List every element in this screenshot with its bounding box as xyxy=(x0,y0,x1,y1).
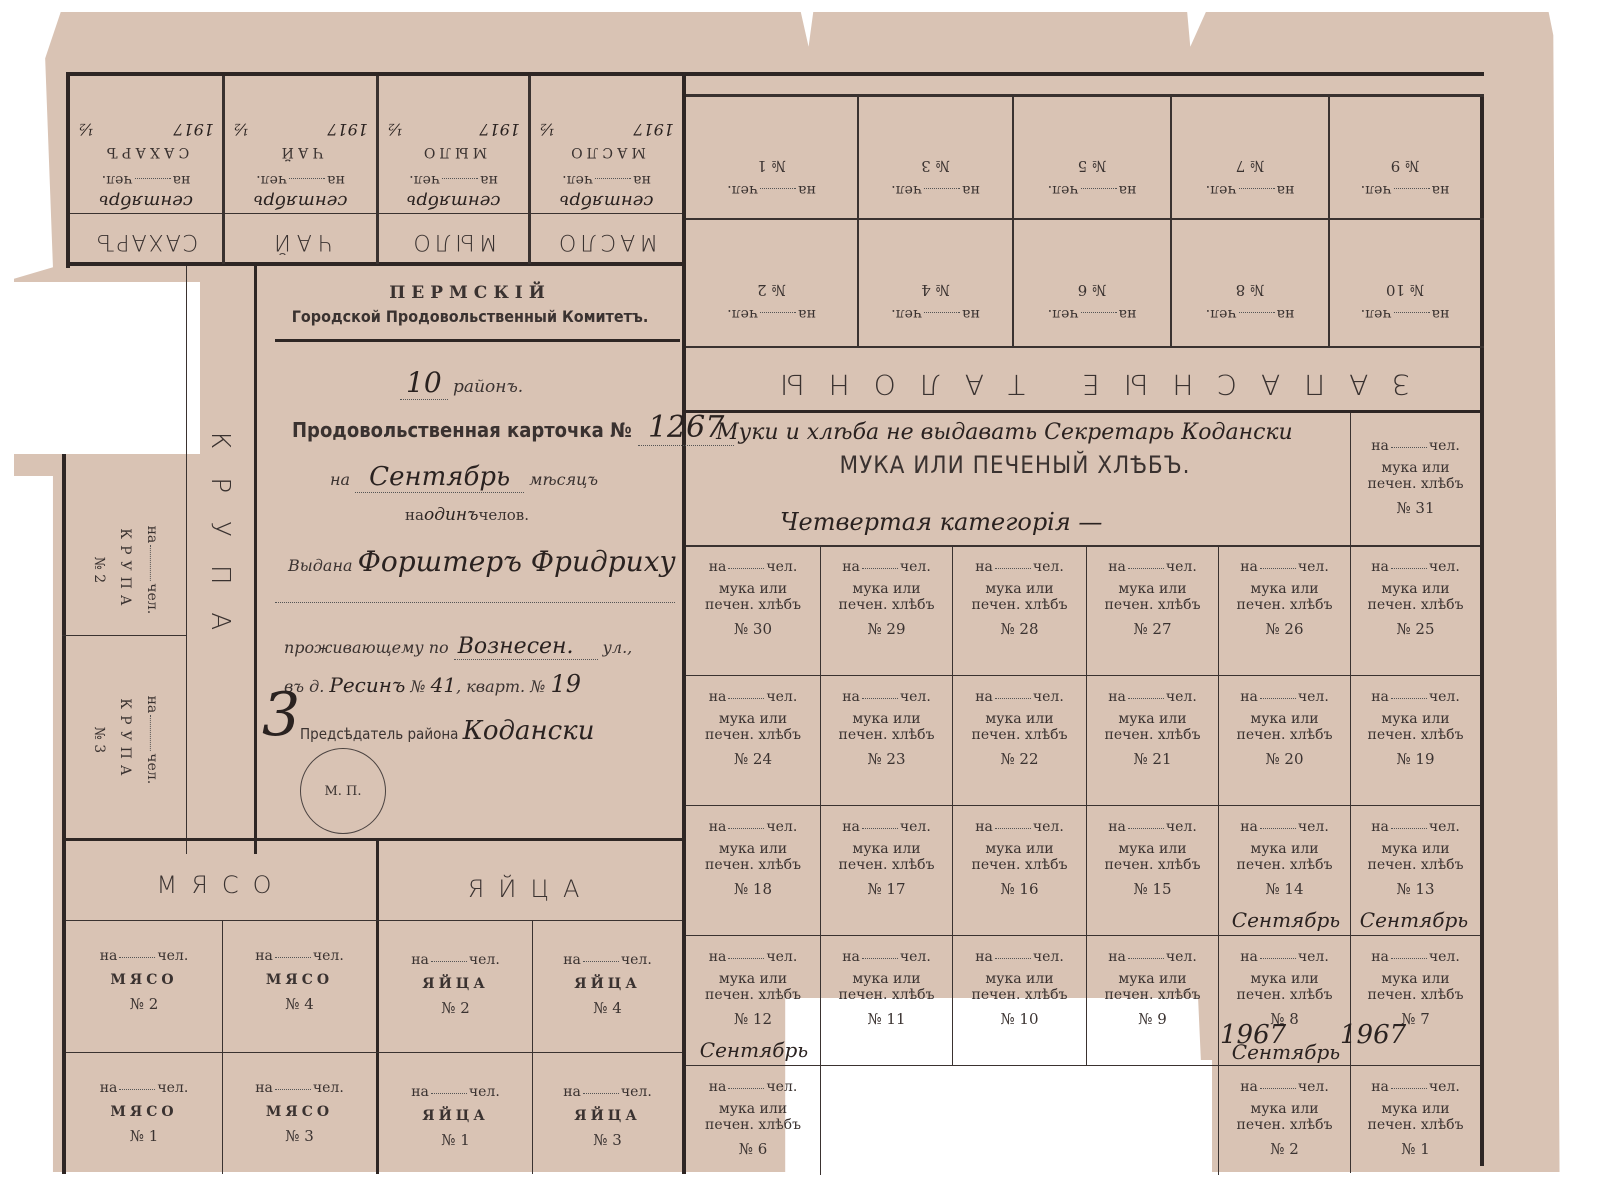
coupon-number: № 17 xyxy=(821,881,952,898)
coupon-number: № 3 xyxy=(223,1128,376,1145)
issued-to-line: Выдана Форштеръ Фридриху xyxy=(288,545,676,578)
chairman-label: Предсѣдатель района xyxy=(300,725,458,743)
chel-label: чел. xyxy=(469,1084,500,1100)
divider xyxy=(66,1052,682,1053)
frame-right-line xyxy=(1480,96,1484,1166)
handwritten-month: сентябрь xyxy=(531,190,682,211)
card-number-label: Продовольственная карточка № xyxy=(292,418,632,442)
na-label: на xyxy=(842,819,860,835)
reserve-coupon: начел.№ 7 xyxy=(1172,97,1328,218)
coupon-label: печен. хлѣбъ xyxy=(953,727,1086,743)
bread-coupon: начел.мука илипечен. хлѣбъ№ 10 xyxy=(953,949,1086,1029)
coupon-label: мука или xyxy=(686,581,820,597)
bread-coupon: начел.мука илипечен. хлѣбъ№ 22 xyxy=(953,689,1086,769)
divider xyxy=(62,838,686,841)
coupon-number: № 2 xyxy=(1219,1141,1350,1158)
coupon-label: печен. хлѣбъ xyxy=(686,597,820,613)
chel-label: чел. xyxy=(1033,819,1064,835)
coupon-subtitle: МЫЛО xyxy=(379,144,528,160)
na-label: на xyxy=(1371,559,1389,575)
bread-coupon: начел.мука илипечен. хлѣбъ№ 19 xyxy=(1351,689,1480,769)
frame-left-line xyxy=(62,454,66,1174)
coupon-number: № 21 xyxy=(1087,751,1218,768)
persons-value: одинъ xyxy=(424,505,479,525)
bread-coupon: начел.мука илипечен. хлѣбъ№ 29 xyxy=(821,559,952,639)
meat-title: МЯСО xyxy=(66,872,376,900)
coupon-label: печен. хлѣбъ xyxy=(1351,857,1480,873)
coupon-number: № 9 xyxy=(1087,1011,1218,1028)
chel-label: чел. xyxy=(1298,819,1329,835)
bread-coupon: начел.мука илипечен. хлѣбъ№ 2 xyxy=(1219,1079,1350,1159)
na-label: на xyxy=(842,949,860,965)
month-suffix: мѣсяцъ xyxy=(529,470,598,489)
coupon-subtitle: САХАРЪ xyxy=(70,144,222,160)
na-label: на xyxy=(1432,182,1450,198)
coupon-number: № 3 xyxy=(85,660,112,820)
coupon-label: мука или xyxy=(1351,841,1480,857)
mark: ½ xyxy=(233,119,249,137)
coupon-number: № 1 xyxy=(1351,1141,1480,1158)
chel-label: чел. xyxy=(256,172,287,188)
na-label: на xyxy=(633,172,651,188)
chel-label: чел. xyxy=(1429,949,1460,965)
coupon-subtitle: МАСЛО xyxy=(531,144,682,160)
chel-label: чел. xyxy=(313,1080,344,1096)
coupon-title: МЫЛО xyxy=(379,229,528,254)
coupon-number: № 18 xyxy=(686,881,820,898)
chel-label: чел. xyxy=(900,689,931,705)
chel-label: чел. xyxy=(1033,949,1064,965)
reserve-coupon: начел.№ 6 xyxy=(1014,220,1170,346)
apartment-number: 19 xyxy=(550,670,581,698)
chel-label: чел. xyxy=(1166,689,1197,705)
coupon-label: печен. хлѣбъ xyxy=(686,727,820,743)
handwritten-month: Сентябрь xyxy=(1222,908,1350,932)
handwritten-month: сентябрь xyxy=(379,190,528,211)
handwritten-month: сентябрь xyxy=(70,190,222,211)
coupon-label: ЯЙЦА xyxy=(379,976,532,992)
coupon-soap: МЫЛО сентябрь начел. МЫЛО 1917½ xyxy=(379,78,528,262)
na-label: на xyxy=(100,948,118,964)
handwritten-annotation: Сентябрь xyxy=(690,1038,818,1062)
handwritten-annotation: Сентябрь xyxy=(1350,908,1478,932)
coupon-label: мука или xyxy=(953,581,1086,597)
na-label: на xyxy=(1371,1079,1389,1095)
coupon-label: печен. хлѣбъ xyxy=(686,987,820,1003)
bread-coupon: начел.мука илипечен. хлѣбъ№ 1 xyxy=(1351,1079,1480,1159)
bread-coupon: начел.мука илипечен. хлѣбъ№ 20 xyxy=(1219,689,1350,769)
chel-label: чел. xyxy=(766,689,797,705)
na-label: на xyxy=(1108,689,1126,705)
eggs-coupon: начел.ЯЙЦА№ 4 xyxy=(533,952,682,1017)
coupon-label: мука или xyxy=(953,971,1086,987)
bread-handwritten-category: Четвертая категорія — xyxy=(780,508,1102,536)
chel-label: чел. xyxy=(900,559,931,575)
na-label: на xyxy=(411,1084,429,1100)
coupon-label: печен. хлѣбъ xyxy=(1087,597,1218,613)
chel-label: чел. xyxy=(1361,306,1392,322)
coupon-label: печен. хлѣбъ xyxy=(1219,727,1350,743)
card-number-line: Продовольственная карточка № 1267 xyxy=(292,410,734,445)
na-label: на xyxy=(1371,819,1389,835)
handwritten-month: Сентябрь xyxy=(690,1038,818,1062)
coupon-number: № 1 xyxy=(66,1128,222,1145)
na-label: на xyxy=(1277,306,1295,322)
reserve-coupon: начел.№ 1 xyxy=(686,97,857,218)
chel-label: чел. xyxy=(1429,819,1460,835)
bread-title: МУКА ИЛИ ПЕЧЕНЫЙ ХЛѢБЪ. xyxy=(690,452,1340,480)
divider xyxy=(686,935,1480,936)
chel-label: чел. xyxy=(1166,819,1197,835)
na-label: на xyxy=(1371,438,1389,454)
committee-city: ПЕРМСКІЙ xyxy=(258,284,682,304)
mark: ½ xyxy=(539,119,555,137)
coupon-number: № 14 xyxy=(1219,881,1350,898)
coupon-label: МЯСО xyxy=(223,1104,376,1120)
chel-label: чел. xyxy=(157,1080,188,1096)
divider xyxy=(686,1065,1480,1066)
handwritten-year: 1967 xyxy=(1220,1020,1286,1050)
residence-line: проживающему по Вознесен. ул., xyxy=(284,634,632,659)
bread-coupon: начел.мука илипечен. хлѣбъ№ 30 xyxy=(686,559,820,639)
krupa-title: КРУПА xyxy=(205,355,235,735)
bread-coupon: начел.мука илипечен. хлѣбъ№ 27 xyxy=(1087,559,1218,639)
apartment-label: кварт. № xyxy=(466,677,545,696)
coupon-number: № 2 xyxy=(85,490,112,650)
coupon-label: печен. хлѣбъ xyxy=(1351,1117,1480,1133)
coupon-label: печен. хлѣбъ xyxy=(1351,597,1480,613)
na-label: на xyxy=(975,949,993,965)
year: 1917 xyxy=(173,119,214,137)
coupon-label: печен. хлѣбъ xyxy=(821,987,952,1003)
coupon-number: № 10 xyxy=(953,1011,1086,1028)
reserve-coupon: начел.№ 8 xyxy=(1172,220,1328,346)
divider xyxy=(686,545,1480,547)
meat-coupon: начел.МЯСО№ 4 xyxy=(223,948,376,1013)
na-label: на xyxy=(798,182,816,198)
coupon-label: мука или xyxy=(686,711,820,727)
coupon-label: печен. хлѣбъ xyxy=(1087,987,1218,1003)
divider xyxy=(1350,413,1351,1173)
coupon-label: мука или xyxy=(1351,581,1480,597)
meat-coupon: начел.МЯСО№ 3 xyxy=(223,1080,376,1145)
coupon-sugar: САХАРЪ сентябрь начел. САХАРЪ 1917½ xyxy=(70,78,222,262)
na-label: на xyxy=(411,952,429,968)
na-label: на xyxy=(480,172,498,188)
meat-coupon: начел.МЯСО№ 1 xyxy=(66,1080,222,1145)
house-no-label: № xyxy=(410,677,425,696)
coupon-number: № 1 xyxy=(686,157,857,174)
coupon-number: № 2 xyxy=(379,1000,532,1017)
handwritten-mark: 3 xyxy=(262,680,300,750)
coupon-number: № 27 xyxy=(1087,621,1218,638)
na-label: на xyxy=(709,1079,727,1095)
chel-label: чел. xyxy=(1048,182,1079,198)
month-prefix: на xyxy=(330,470,350,489)
coupon-label: печен. хлѣбъ xyxy=(686,857,820,873)
chel-label: чел. xyxy=(900,819,931,835)
coupon-label: мука или xyxy=(953,711,1086,727)
na-label: на xyxy=(842,559,860,575)
bread-coupon: начел.мука илипечен. хлѣбъ№ 18 xyxy=(686,819,820,899)
persons-suffix: челов. xyxy=(478,506,529,524)
house-line: въ д. Ресинъ № 41, кварт. № 19 xyxy=(284,670,581,698)
coupon-label: печен. хлѣбъ xyxy=(1219,597,1350,613)
bread-coupon: начел.мука илипечен. хлѣбъ№ 6 xyxy=(686,1079,820,1159)
coupon-label: мука или xyxy=(1351,971,1480,987)
coupon-label: печен. хлѣбъ xyxy=(1351,476,1480,492)
eggs-coupon: начел.ЯЙЦА№ 1 xyxy=(379,1084,532,1149)
coupon-number: № 3 xyxy=(859,157,1012,174)
coupon-label: печен. хлѣбъ xyxy=(1219,857,1350,873)
coupon-label: печен. хлѣбъ xyxy=(821,857,952,873)
committee-name: ПЕРМСКІЙ Городской Продовольственный Ком… xyxy=(258,284,682,326)
coupon-number: № 16 xyxy=(953,881,1086,898)
coupon-label: печен. хлѣбъ xyxy=(1087,857,1218,873)
chel-label: чел. xyxy=(469,952,500,968)
coupon-number: № 6 xyxy=(1014,281,1170,298)
na-label: на xyxy=(709,559,727,575)
coupon-number: № 28 xyxy=(953,621,1086,638)
coupon-label: печен. хлѣбъ xyxy=(821,727,952,743)
chel-label: чел. xyxy=(562,172,593,188)
coupon-label: печен. хлѣбъ xyxy=(1219,987,1350,1003)
chel-label: чел. xyxy=(102,172,133,188)
na-label: на xyxy=(798,306,816,322)
coupon-tea: ЧАЙ сентябрь начел. ЧАЙ 1917½ xyxy=(225,78,376,262)
na-label: на xyxy=(842,689,860,705)
coupon-number: № 9 xyxy=(1330,157,1480,174)
coupon-number: № 5 xyxy=(1014,157,1170,174)
bread-handwritten-note: Муки и хлѣба не выдавать Секретарь Кодан… xyxy=(716,420,1346,445)
bread-coupon: начел.мука илипечен. хлѣбъ№ 14 xyxy=(1219,819,1350,899)
bread-coupon: начел.мука илипечен. хлѣбъ№ 11 xyxy=(821,949,952,1029)
divider xyxy=(686,805,1480,806)
reserve-bottom-line xyxy=(686,346,1484,348)
divider xyxy=(275,339,680,342)
coupon-label: МЯСО xyxy=(223,972,376,988)
na-label: на xyxy=(962,306,980,322)
coupon-label: печен. хлѣбъ xyxy=(953,857,1086,873)
district-label: районъ. xyxy=(453,377,523,397)
coupon-number: № 30 xyxy=(686,621,820,638)
eggs-coupon: начел.ЯЙЦА№ 3 xyxy=(533,1084,682,1149)
chel-label: чел. xyxy=(1298,559,1329,575)
na-label: на xyxy=(327,172,345,188)
coupon-number: № 6 xyxy=(686,1141,820,1158)
na-label: на xyxy=(1108,819,1126,835)
bread-coupon: начел.мука илипечен. хлѣбъ№ 26 xyxy=(1219,559,1350,639)
coupon-label: мука или xyxy=(1351,1101,1480,1117)
na-label: на xyxy=(255,948,273,964)
persons-line: наодинъчелов. xyxy=(405,505,529,525)
coupon-label: мука или xyxy=(1219,581,1350,597)
na-label: на xyxy=(1240,949,1258,965)
coupon-label: мука или xyxy=(1087,711,1218,727)
krupa-coupon-2: начел. КРУПА № 2 xyxy=(85,490,165,650)
coupon-subtitle: ЧАЙ xyxy=(225,144,376,160)
coupon-number: № 26 xyxy=(1219,621,1350,638)
coupon-label: мука или xyxy=(1219,711,1350,727)
chairman-signature: Кодански xyxy=(463,716,595,746)
coupon-label: мука или xyxy=(1087,971,1218,987)
na-label: на xyxy=(975,819,993,835)
eggs-title: ЯЙЦА xyxy=(379,876,682,904)
year: 1917 xyxy=(633,119,674,137)
bread-coupon: начел.мука илипечен. хлѣбъ№ 25 xyxy=(1351,559,1480,639)
na-label: на xyxy=(144,696,160,714)
coupon-number: № 22 xyxy=(953,751,1086,768)
na-label: на xyxy=(1240,559,1258,575)
bread-coupon: начел.мука илипечен. хлѣбъ№ 21 xyxy=(1087,689,1218,769)
chel-label: чел. xyxy=(621,1084,652,1100)
coupon-title: ЧАЙ xyxy=(225,229,376,254)
na-label: на xyxy=(1371,949,1389,965)
reserve-coupon: начел.№ 5 xyxy=(1014,97,1170,218)
coupon-number: № 20 xyxy=(1219,751,1350,768)
krupa-coupon-3: начел. КРУПА № 3 xyxy=(85,660,165,820)
coupon-number: № 24 xyxy=(686,751,820,768)
coupon-label: печен. хлѣбъ xyxy=(1351,727,1480,743)
coupon-butter: МАСЛО сентябрь начел. МАСЛО 1917½ xyxy=(531,78,682,262)
coupon-label: мука или xyxy=(821,581,952,597)
chel-label: чел. xyxy=(1033,559,1064,575)
chel-label: чел. xyxy=(766,819,797,835)
reserve-title: ЗАПАСНЫЕ ТАЛОНЫ xyxy=(686,360,1480,400)
chel-label: чел. xyxy=(1298,949,1329,965)
month-line: на Сентябрь мѣсяцъ xyxy=(330,462,598,492)
dotted-line xyxy=(275,602,675,604)
coupon-label: печен. хлѣбъ xyxy=(953,597,1086,613)
coupon-label: печен. хлѣбъ xyxy=(1087,727,1218,743)
frame-top-line xyxy=(66,72,1484,76)
reserve-coupon: начел.№ 4 xyxy=(859,220,1012,346)
chel-label: чел. xyxy=(1298,689,1329,705)
coupon-label: ЯЙЦА xyxy=(533,1108,682,1124)
na-label: на xyxy=(1119,306,1137,322)
coupon-label: КРУПА xyxy=(112,660,139,820)
chel-label: чел. xyxy=(1033,689,1064,705)
chel-label: чел. xyxy=(144,583,160,614)
chel-label: чел. xyxy=(891,182,922,198)
chel-label: чел. xyxy=(727,306,758,322)
chel-label: чел. xyxy=(1429,689,1460,705)
street-suffix: ул., xyxy=(603,638,633,657)
coupon-number: № 23 xyxy=(821,751,952,768)
coupon-label: мука или xyxy=(1351,460,1480,476)
coupon-label: мука или xyxy=(821,841,952,857)
committee-title: Городской Продовольственный Комитетъ. xyxy=(258,308,682,326)
reserve-coupon: начел.№ 3 xyxy=(859,97,1012,218)
coupon-label: мука или xyxy=(1219,971,1350,987)
chel-label: чел. xyxy=(621,952,652,968)
torn-area-left xyxy=(0,282,200,454)
coupon-label: мука или xyxy=(686,1101,820,1117)
coupon-label: мука или xyxy=(1087,581,1218,597)
mark: ½ xyxy=(78,119,94,137)
coupon-label: МЯСО xyxy=(66,972,222,988)
na-label: на xyxy=(709,949,727,965)
coupon-title: САХАРЪ xyxy=(70,229,222,254)
coupon-label: мука или xyxy=(686,971,820,987)
official-stamp: М. П. xyxy=(300,748,386,834)
chel-label: чел. xyxy=(900,949,931,965)
divider xyxy=(686,675,1480,676)
card-left-border xyxy=(254,266,257,854)
reserve-coupon: начел.№ 10 xyxy=(1330,220,1480,346)
na-label: на xyxy=(1119,182,1137,198)
coupon-number: № 10 xyxy=(1330,281,1480,298)
na-label: на xyxy=(709,819,727,835)
house-number: 41 xyxy=(431,673,456,697)
handwritten-month: сентябрь xyxy=(225,190,376,211)
chel-label: чел. xyxy=(144,753,160,784)
coupon-label: печен. хлѣбъ xyxy=(1219,1117,1350,1133)
chel-label: чел. xyxy=(727,182,758,198)
chel-label: чел. xyxy=(1048,306,1079,322)
coupon-label: мука или xyxy=(1351,711,1480,727)
na-label: на xyxy=(1108,559,1126,575)
bread-coupon: начел.мука илипечен. хлѣбъ№ 23 xyxy=(821,689,952,769)
torn-area-bottom xyxy=(797,1060,1212,1184)
na-label: на xyxy=(1432,306,1450,322)
bread-coupon: начел.мука илипечен. хлѣбъ№ 8 xyxy=(1219,949,1350,1029)
bread-coupon: начел.мука илипечен. хлѣбъ№ 7 xyxy=(1351,949,1480,1029)
na-label: на xyxy=(173,172,191,188)
coupon-title: МАСЛО xyxy=(531,229,682,254)
divider xyxy=(66,920,682,921)
na-label: на xyxy=(975,689,993,705)
coupon-label: ЯЙЦА xyxy=(379,1108,532,1124)
na-label: на xyxy=(144,526,160,544)
handwritten-annotation: Сентябрь xyxy=(1222,908,1350,932)
coupon-number: № 25 xyxy=(1351,621,1480,638)
bread-coupon: начел.мука илипечен. хлѣбъ№ 16 xyxy=(953,819,1086,899)
divider xyxy=(186,266,187,854)
persons-prefix: на xyxy=(405,506,424,524)
eggs-coupon: начел.ЯЙЦА№ 2 xyxy=(379,952,532,1017)
year: 1917 xyxy=(327,119,368,137)
reserve-coupon: начел.№ 9 xyxy=(1330,97,1480,218)
reserve-coupon: начел.№ 2 xyxy=(686,220,857,346)
na-label: на xyxy=(975,559,993,575)
street-name: Вознесен. xyxy=(454,634,598,660)
chel-label: чел. xyxy=(1361,182,1392,198)
coupon-label: ЯЙЦА xyxy=(533,976,682,992)
coupon-label: печен. хлѣбъ xyxy=(686,1117,820,1133)
meat-coupon: начел.МЯСО№ 2 xyxy=(66,948,222,1013)
bread-coupon: начел.мука илипечен. хлѣбъ№ 13 xyxy=(1351,819,1480,899)
bread-coupon: начел.мука илипечен. хлѣбъ№ 31 xyxy=(1351,438,1480,518)
coupon-number: № 1 xyxy=(379,1132,532,1149)
chel-label: чел. xyxy=(1298,1079,1329,1095)
coupon-label: печен. хлѣбъ xyxy=(1351,987,1480,1003)
coupon-label: мука или xyxy=(1219,841,1350,857)
coupon-label: КРУПА xyxy=(112,490,139,650)
coupon-number: № 8 xyxy=(1172,281,1328,298)
na-label: на xyxy=(563,1084,581,1100)
handwritten-year: 1967 xyxy=(1340,1020,1406,1050)
coupon-number: № 4 xyxy=(859,281,1012,298)
district-line: 10 районъ. xyxy=(400,366,523,399)
na-label: на xyxy=(1240,1079,1258,1095)
month-value: Сентябрь xyxy=(355,462,524,493)
na-label: на xyxy=(1108,949,1126,965)
issued-to-name: Форштеръ Фридриху xyxy=(358,545,676,578)
coupon-label: мука или xyxy=(821,711,952,727)
chel-label: чел. xyxy=(1429,559,1460,575)
coupon-label: мука или xyxy=(821,971,952,987)
